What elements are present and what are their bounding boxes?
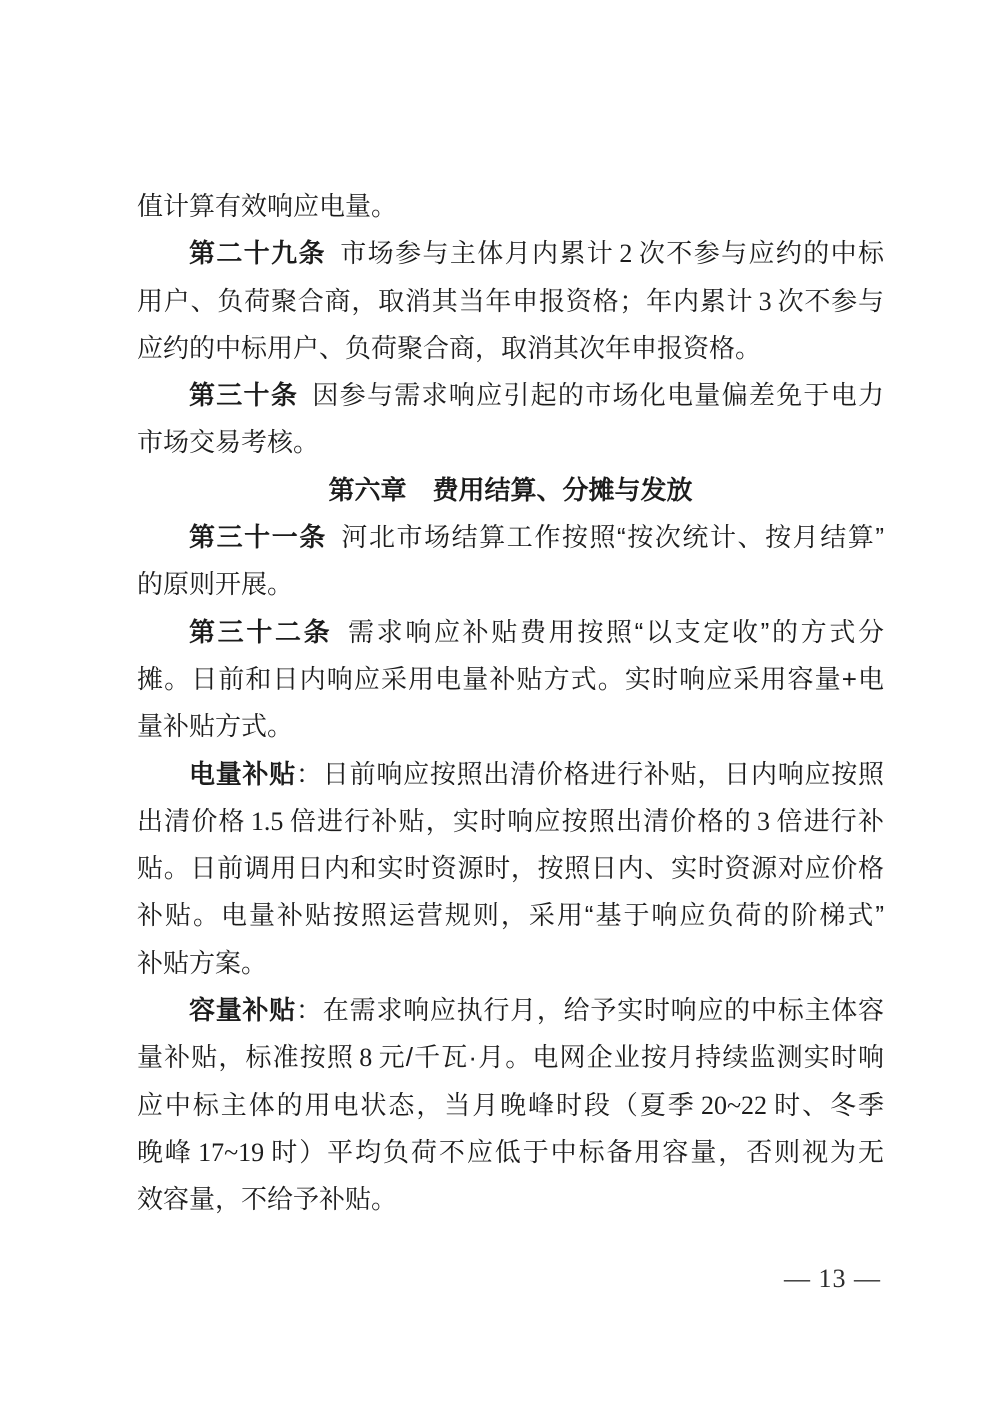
text-line: 市场交易考核。: [137, 419, 884, 466]
text-segment: 第二十九条: [189, 238, 326, 268]
text-segment: 8: [354, 1043, 377, 1072]
text-line: 补贴方案。: [137, 940, 884, 987]
text-line: 第二十九条 市场参与主体月内累计 2 次不参与应约的中标: [137, 230, 884, 277]
text-segment: 量补贴方式。: [137, 711, 293, 741]
chapter-heading: 第六章 费用结算、分摊与发放: [137, 467, 884, 514]
text-line: 电量补贴：日前响应按照出清价格进行补贴，日内响应按照: [137, 751, 884, 798]
text-line: 值计算有效响应电量。: [137, 183, 884, 230]
text-segment: 贴。日前调用日内和实时资源时，按照日内、实时资源对应价格: [137, 853, 884, 883]
text-segment: 第三十条: [189, 380, 298, 410]
text-segment: 用户、负荷聚合商，取消其当年申报资格；年内累计: [137, 286, 753, 316]
text-line: 量补贴方式。: [137, 703, 884, 750]
text-segment: 第三十一条: [189, 522, 327, 552]
text-line: 用户、负荷聚合商，取消其当年申报资格；年内累计 3 次不参与: [137, 278, 884, 325]
text-segment: 第三十二条: [189, 617, 332, 647]
text-segment: 3: [753, 287, 776, 316]
document-page: 值计算有效响应电量。第二十九条 市场参与主体月内累计 2 次不参与应约的中标用户…: [0, 0, 1000, 1414]
page-number: — 13 —: [784, 1261, 881, 1297]
text-segment: 次不参与应约的中标: [638, 238, 884, 268]
text-segment: 量补贴，标准按照: [137, 1042, 354, 1072]
text-segment: 倍进行补: [775, 806, 884, 836]
text-segment: 容量补贴: [189, 995, 296, 1025]
text-segment: 17~19: [193, 1138, 269, 1167]
text-segment: 次不参与: [777, 286, 884, 316]
text-segment: 时）平均负荷不应低于中标备用容量，否则视为无: [269, 1137, 884, 1167]
text-line: 出清价格 1.5 倍进行补贴，实时响应按照出清价格的 3 倍进行补: [137, 798, 884, 845]
text-segment: [298, 380, 311, 410]
text-segment: 电量补贴: [189, 759, 296, 789]
text-segment: 出清价格: [137, 806, 246, 836]
text-line: 量补贴，标准按照 8 元/千瓦·月。电网企业按月持续监测实时响: [137, 1034, 884, 1081]
text-line: 第三十条 因参与需求响应引起的市场化电量偏差免于电力: [137, 372, 884, 419]
text-segment: 补贴。电量补贴按照运营规则，采用“基于响应负荷的阶梯式”: [137, 900, 884, 930]
text-segment: 市场参与主体月内累计: [339, 238, 614, 268]
text-segment: 1.5: [246, 807, 289, 836]
text-line: 应中标主体的用电状态，当月晚峰时段（夏季 20~22 时、冬季: [137, 1082, 884, 1129]
text-line: 应约的中标用户、负荷聚合商，取消其次年申报资格。: [137, 325, 884, 372]
text-segment: 倍进行补贴，实时响应按照出清价格的: [289, 806, 752, 836]
text-segment: 第六章 费用结算、分摊与发放: [328, 475, 692, 505]
text-block: 值计算有效响应电量。第二十九条 市场参与主体月内累计 2 次不参与应约的中标用户…: [137, 183, 884, 1224]
text-segment: 效容量，不给予补贴。: [137, 1184, 397, 1214]
text-segment: 因参与需求响应引起的市场化电量偏差免于电力: [311, 380, 884, 410]
text-segment: 摊。日前和日内响应采用电量补贴方式。实时响应采用容量+电: [137, 664, 884, 694]
text-line: 第三十二条 需求响应补贴费用按照“以支定收”的方式分: [137, 609, 884, 656]
text-line: 的原则开展。: [137, 561, 884, 608]
text-segment: [327, 522, 340, 552]
text-segment: 值计算有效响应电量。: [137, 191, 397, 221]
text-segment: 应约的中标用户、负荷聚合商，取消其次年申报资格。: [137, 333, 761, 363]
text-segment: 20~22: [696, 1091, 772, 1120]
text-segment: 补贴方案。: [137, 948, 267, 978]
text-line: 晚峰 17~19 时）平均负荷不应低于中标备用容量，否则视为无: [137, 1129, 884, 1176]
text-segment: 时、冬季: [772, 1090, 884, 1120]
text-segment: 2: [614, 239, 637, 268]
text-line: 容量补贴：在需求响应执行月，给予实时响应的中标主体容: [137, 987, 884, 1034]
text-segment: 河北市场结算工作按照“按次统计、按月结算”: [340, 522, 884, 552]
text-segment: 应中标主体的用电状态，当月晚峰时段（夏季: [137, 1090, 696, 1120]
text-line: 效容量，不给予补贴。: [137, 1176, 884, 1223]
text-segment: 需求响应补贴费用按照“以支定收”的方式分: [345, 617, 884, 647]
text-segment: 3: [752, 807, 775, 836]
text-segment: [332, 617, 345, 647]
text-line: 补贴。电量补贴按照运营规则，采用“基于响应负荷的阶梯式”: [137, 892, 884, 939]
text-segment: [326, 238, 339, 268]
text-segment: ：日前响应按照出清价格进行补贴，日内响应按照: [296, 759, 884, 789]
text-line: 摊。日前和日内响应采用电量补贴方式。实时响应采用容量+电: [137, 656, 884, 703]
text-segment: 晚峰: [137, 1137, 193, 1167]
text-segment: 元/千瓦·月。电网企业按月持续监测实时响: [377, 1042, 884, 1072]
text-segment: 的原则开展。: [137, 569, 293, 599]
text-line: 贴。日前调用日内和实时资源时，按照日内、实时资源对应价格: [137, 845, 884, 892]
text-line: 第三十一条 河北市场结算工作按照“按次统计、按月结算”: [137, 514, 884, 561]
text-segment: ：在需求响应执行月，给予实时响应的中标主体容: [296, 995, 884, 1025]
text-segment: 市场交易考核。: [137, 427, 319, 457]
